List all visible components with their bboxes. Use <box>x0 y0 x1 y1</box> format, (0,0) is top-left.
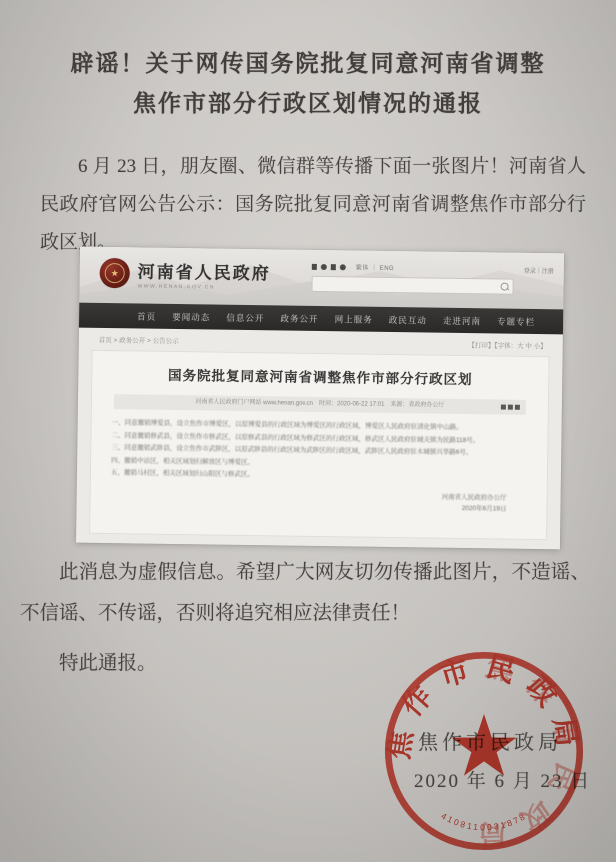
weibo-icon <box>331 264 336 270</box>
notice-intro-paragraph: 6 月 23 日，朋友圈、微信群等传播下面一张图片！河南省人民政府官网公告公示：… <box>40 148 586 262</box>
closing-paragraph: 此消息为虚假信息。希望广大网友切勿传播此图片，不造谣、不信谣、不传谣，否则将追究… <box>20 552 590 634</box>
embedded-website-screenshot: ★ 河南省人民政府 WWW.HENAN.GOV.CN 繁体 ｜ ENG 登录｜注… <box>76 247 564 550</box>
nav-item: 走进河南 <box>443 314 481 327</box>
share-wechat-icon <box>501 405 506 410</box>
search-input <box>311 276 513 295</box>
article-meta-bar: 河南省人民政府门户网站 www.henan.gov.cn 时间：2020-06-… <box>114 394 526 415</box>
article-title: 国务院批复同意河南省调整焦作市部分行政区划 <box>108 363 532 389</box>
language-links: 繁体 ｜ ENG <box>356 262 394 272</box>
share-icons <box>501 405 520 410</box>
share-weibo-icon <box>508 405 513 410</box>
phone-icon <box>312 263 317 269</box>
official-red-seal: 焦作市民政局 焦作市民政局 4108110031878 <box>368 642 600 860</box>
seal-star <box>452 714 517 776</box>
header-tool-icons: 繁体 ｜ ENG <box>312 262 394 272</box>
app-icon <box>340 264 346 270</box>
share-more-icon <box>515 405 520 410</box>
print-font-tools: 【打印】【字体：大 中 小】 <box>468 340 546 350</box>
breadcrumb: 首页 > 政务公开 > 公告公示 <box>99 335 179 345</box>
nav-item: 首页 <box>137 310 156 322</box>
nav-item: 要闻动态 <box>172 310 210 323</box>
notice-title-line1: 辟谣！关于网传国务院批复同意河南省调整 <box>20 44 596 84</box>
nav-item: 信息公开 <box>226 311 264 324</box>
site-name: 河南省人民政府 <box>138 257 271 284</box>
website-header: ★ 河南省人民政府 WWW.HENAN.GOV.CN 繁体 ｜ ENG 登录｜注… <box>79 247 564 310</box>
notice-title: 辟谣！关于网传国务院批复同意河南省调整 焦作市部分行政区划情况的通报 <box>20 44 596 124</box>
article-meta-text: 河南省人民政府门户网站 www.henan.gov.cn 时间：2020-06-… <box>195 399 444 408</box>
wechat-icon <box>321 263 327 269</box>
article-body: 一、同意撤销博爱县，设立焦作市博爱区，以原博爱县的行政区域为博爱区的行政区域，博… <box>111 418 528 484</box>
nav-item: 专题专栏 <box>497 315 535 328</box>
notice-title-line2: 焦作市部分行政区划情况的通报 <box>20 84 596 124</box>
national-emblem-icon: ★ <box>100 258 130 288</box>
site-brand: ★ 河南省人民政府 WWW.HENAN.GOV.CN <box>100 257 271 291</box>
nav-item: 政民互动 <box>389 313 427 326</box>
login-links: 登录｜注册 <box>524 266 554 275</box>
nav-item: 政务公开 <box>280 312 318 325</box>
nav-item: 网上服务 <box>335 313 373 326</box>
article-panel: 国务院批复同意河南省调整焦作市部分行政区划 河南省人民政府门户网站 www.he… <box>89 350 550 540</box>
search-icon <box>501 283 509 291</box>
